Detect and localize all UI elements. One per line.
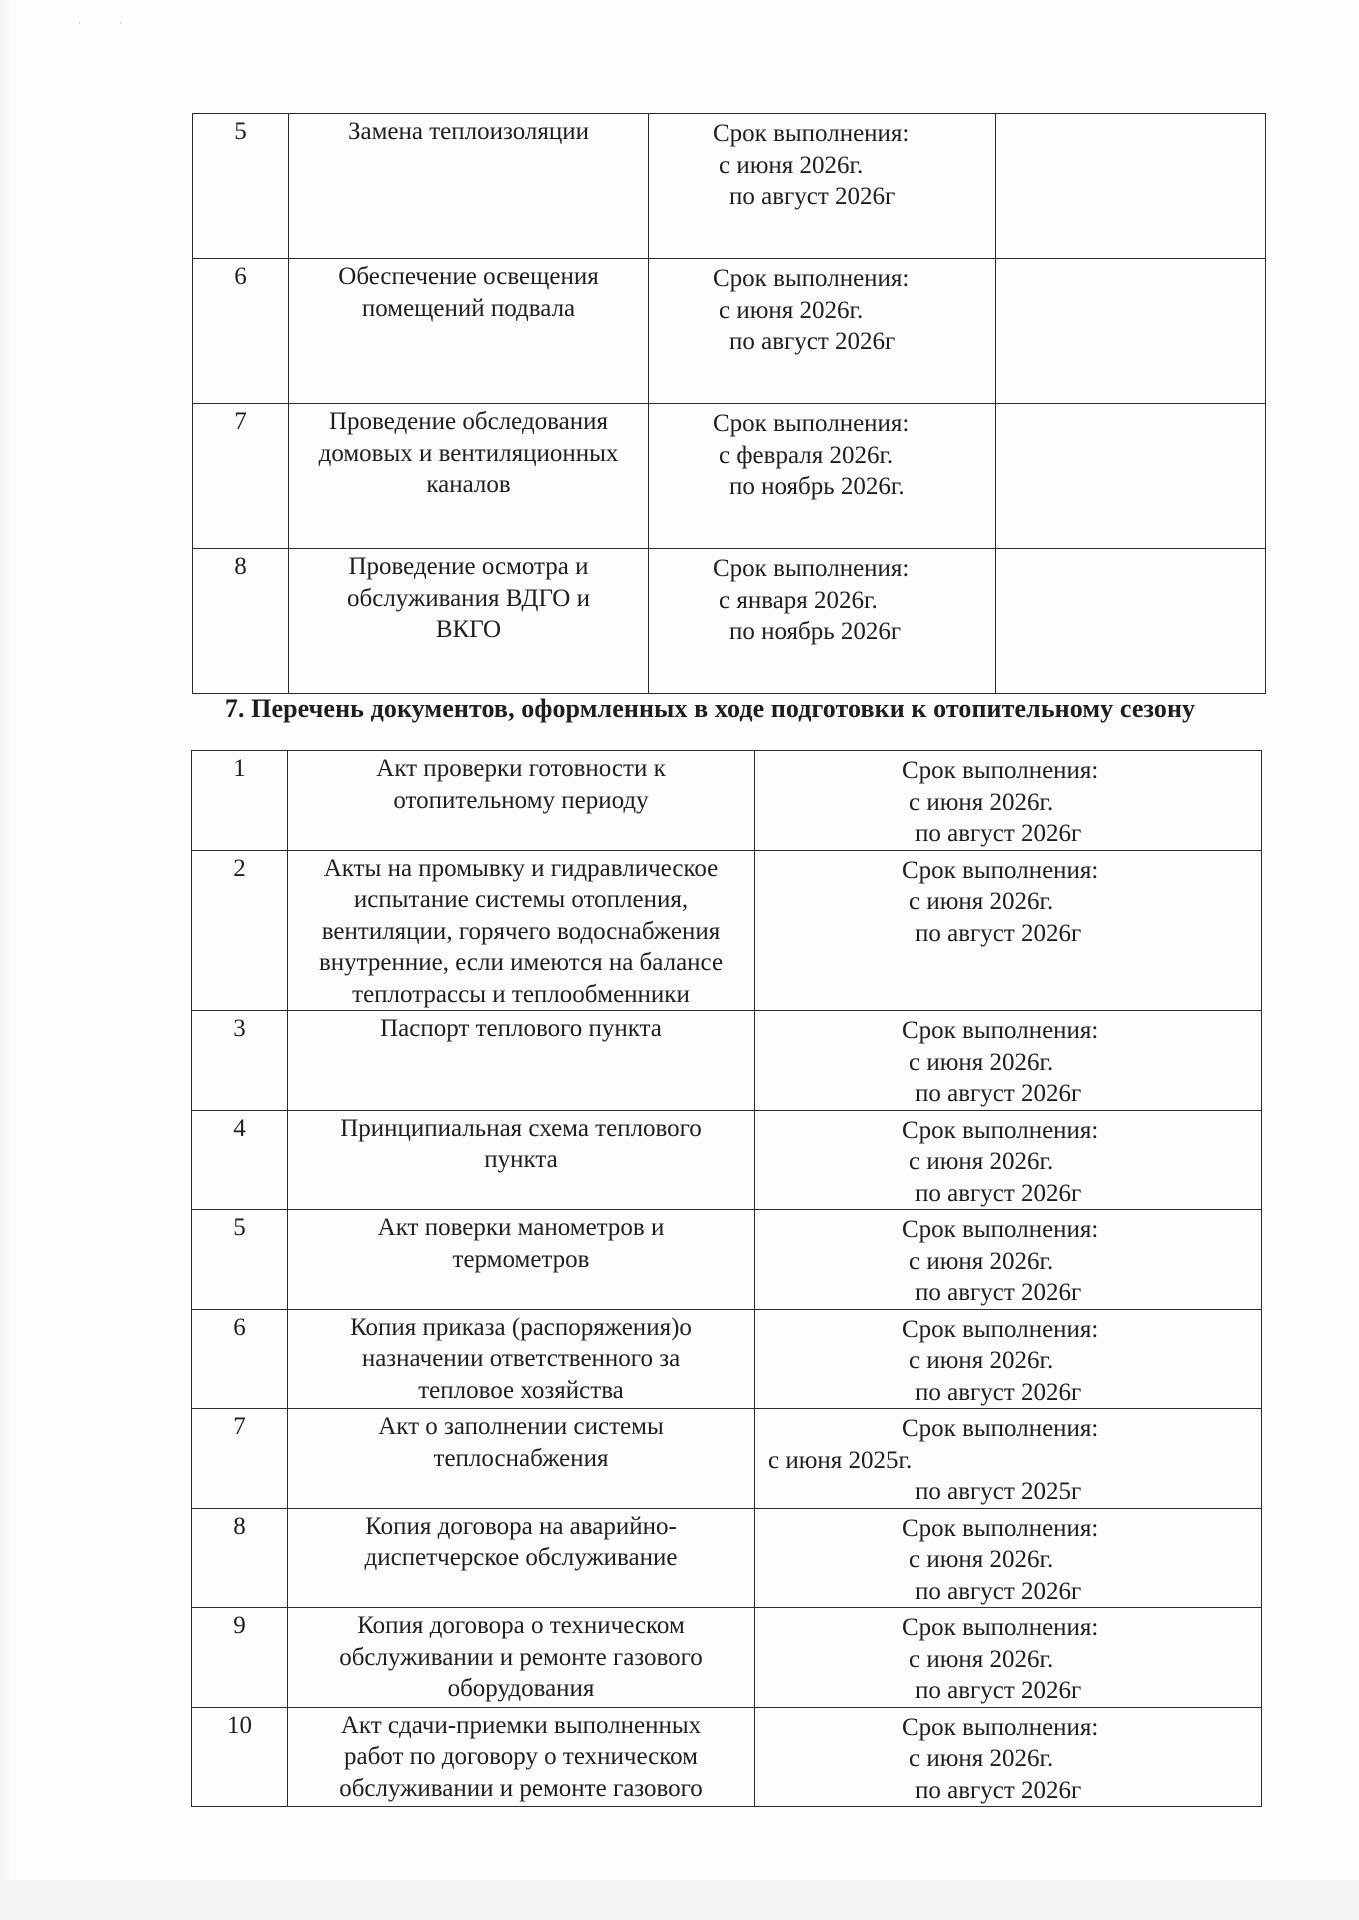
row-number: 6 <box>193 259 289 404</box>
deadline-line: Срок выполнения: <box>755 1513 1261 1545</box>
item-name: Копия приказа (распоряжения)оназначении … <box>288 1309 755 1409</box>
note-cell <box>996 404 1266 549</box>
deadline-line: по август 2026г <box>755 1377 1261 1409</box>
table-row: 6Копия приказа (распоряжения)оназначении… <box>192 1309 1262 1409</box>
deadline-line: с июня 2026г. <box>649 295 995 327</box>
item-name: Акт поверки манометров итермометров <box>288 1210 755 1310</box>
deadline: Срок выполнения:с июня 2026г.по август 2… <box>755 1210 1262 1310</box>
deadline: Срок выполнения:с июня 2026г.по август 2… <box>755 1608 1262 1708</box>
deadline-line: с июня 2026г. <box>755 1246 1261 1278</box>
item-name-line: Паспорт теплового пункта <box>288 1013 754 1045</box>
item-name: Проведение обследованиядомовых и вентиля… <box>289 404 649 549</box>
row-number: 10 <box>192 1707 288 1807</box>
table-row: 8Проведение осмотра иобслуживания ВДГО и… <box>193 549 1266 694</box>
deadline: Срок выполнения:с июня 2026г.по август 2… <box>755 1011 1262 1111</box>
deadline-line: по август 2026г <box>755 1775 1261 1807</box>
item-name-line: Проведение осмотра и <box>289 551 648 583</box>
note-cell <box>996 549 1266 694</box>
deadline-line: по ноябрь 2026г. <box>649 471 995 503</box>
item-name-line: тепловое хозяйства <box>288 1375 754 1407</box>
deadline: Срок выполнения:с июня 2026г.по август 2… <box>649 114 996 259</box>
deadline-line: с июня 2026г. <box>755 1644 1261 1676</box>
item-name-line: вентиляции, горячего водоснабжения <box>288 916 754 948</box>
section-heading: 7. Перечень документов, оформленных в хо… <box>150 694 1270 724</box>
note-cell <box>996 259 1266 404</box>
table-row: 4Принципиальная схема тепловогопунктаСро… <box>192 1110 1262 1210</box>
deadline-line: с июня 2026г. <box>649 150 995 182</box>
deadline-line: с июня 2026г. <box>755 886 1261 918</box>
item-name: Копия договора о техническомобслуживании… <box>288 1608 755 1708</box>
page-edge <box>0 0 12 1920</box>
item-name-line: Акт проверки готовности к <box>288 753 754 785</box>
table-row: 8Копия договора на аварийно-диспетчерско… <box>192 1508 1262 1608</box>
row-number: 2 <box>192 850 288 1011</box>
item-name: Акты на промывку и гидравлическоеиспытан… <box>288 850 755 1011</box>
deadline: Срок выполнения:с июня 2026г.по август 2… <box>755 1508 1262 1608</box>
deadline-line: с июня 2026г. <box>755 1047 1261 1079</box>
deadline-line: по август 2026г <box>649 181 995 213</box>
item-name-line: Копия договора о техническом <box>288 1610 754 1642</box>
item-name-line: Копия приказа (распоряжения)о <box>288 1312 754 1344</box>
table-row: 6Обеспечение освещенияпомещений подвалаС… <box>193 259 1266 404</box>
deadline-line: Срок выполнения: <box>755 1214 1261 1246</box>
deadline-line: по август 2026г <box>755 1576 1261 1608</box>
deadline-line: Срок выполнения: <box>755 1413 1261 1445</box>
item-name-line: теплотрассы и теплообменники <box>288 979 754 1011</box>
item-name-line: диспетчерское обслуживание <box>288 1542 754 1574</box>
deadline-line: с июня 2026г. <box>755 787 1261 819</box>
table-row: 3Паспорт теплового пунктаСрок выполнения… <box>192 1011 1262 1111</box>
row-number: 3 <box>192 1011 288 1111</box>
item-name-line: Проведение обследования <box>289 406 648 438</box>
row-number: 7 <box>193 404 289 549</box>
item-name-line: обслуживания ВДГО и <box>289 583 648 615</box>
table-row: 9Копия договора о техническомобслуживани… <box>192 1608 1262 1708</box>
item-name-line: работ по договору о техническом <box>288 1741 754 1773</box>
deadline: Срок выполнения:с июня 2026г.по август 2… <box>755 1707 1262 1807</box>
item-name: Замена теплоизоляции <box>289 114 649 259</box>
deadline-line: по август 2026г <box>755 1078 1261 1110</box>
item-name: Паспорт теплового пункта <box>288 1011 755 1111</box>
table-row: 1Акт проверки готовности котопительному … <box>192 751 1262 851</box>
item-name-line: Акт о заполнении системы <box>288 1411 754 1443</box>
item-name-line: Замена теплоизоляции <box>289 116 648 148</box>
table-row: 7Акт о заполнении системытеплоснабженияС… <box>192 1409 1262 1509</box>
item-name-line: помещений подвала <box>289 293 648 325</box>
item-name-line: обслуживании и ремонте газового <box>288 1773 754 1805</box>
deadline-line: Срок выполнения: <box>755 1612 1261 1644</box>
item-name-line: термометров <box>288 1244 754 1276</box>
deadline: Срок выполнения:с июня 2026г.по август 2… <box>755 751 1262 851</box>
item-name: Акт проверки готовности котопительному п… <box>288 751 755 851</box>
item-name-line: Обеспечение освещения <box>289 261 648 293</box>
note-cell <box>996 114 1266 259</box>
table-row: 2Акты на промывку и гидравлическоеиспыта… <box>192 850 1262 1011</box>
table-row: 7Проведение обследованиядомовых и вентил… <box>193 404 1266 549</box>
deadline-line: Срок выполнения: <box>755 1015 1261 1047</box>
row-number: 8 <box>193 549 289 694</box>
item-name-line: назначении ответственного за <box>288 1343 754 1375</box>
item-name-line: Копия договора на аварийно- <box>288 1511 754 1543</box>
row-number: 5 <box>193 114 289 259</box>
page-bottom-shade <box>0 1880 1359 1920</box>
deadline-line: по август 2026г <box>755 1675 1261 1707</box>
deadline-line: Срок выполнения: <box>649 408 995 440</box>
item-name-line: ВКГО <box>289 614 648 646</box>
deadline-line: по август 2026г <box>755 1277 1261 1309</box>
item-name: Обеспечение освещенияпомещений подвала <box>289 259 649 404</box>
deadline-line: Срок выполнения: <box>755 1314 1261 1346</box>
deadline-line: Срок выполнения: <box>755 1115 1261 1147</box>
deadline-line: по ноябрь 2026г <box>649 616 995 648</box>
item-name: Принципиальная схема тепловогопункта <box>288 1110 755 1210</box>
item-name: Акт сдачи-приемки выполненныхработ по до… <box>288 1707 755 1807</box>
deadline: Срок выполнения:с февраля 2026г.по ноябр… <box>649 404 996 549</box>
deadline-line: Срок выполнения: <box>649 553 995 585</box>
deadline-line: по август 2026г <box>755 818 1261 850</box>
item-name-line: Акт поверки манометров и <box>288 1212 754 1244</box>
table-row: 10Акт сдачи-приемки выполненныхработ по … <box>192 1707 1262 1807</box>
item-name-line: оборудования <box>288 1673 754 1705</box>
item-name-line: домовых и вентиляционных <box>289 438 648 470</box>
deadline-line: с июня 2025г. <box>755 1445 1261 1477</box>
row-number: 6 <box>192 1309 288 1409</box>
item-name-line: теплоснабжения <box>288 1443 754 1475</box>
deadline-line: Срок выполнения: <box>755 855 1261 887</box>
item-name-line: отопительному периоду <box>288 785 754 817</box>
item-name-line: пункта <box>288 1144 754 1176</box>
item-name-line: обслуживании и ремонте газового <box>288 1642 754 1674</box>
works-table: 5Замена теплоизоляцииСрок выполнения:с и… <box>192 113 1266 694</box>
deadline-line: с июня 2026г. <box>755 1345 1261 1377</box>
scan-artifacts: · · <box>78 18 140 28</box>
item-name-line: Принципиальная схема теплового <box>288 1113 754 1145</box>
deadline-line: с июня 2026г. <box>755 1146 1261 1178</box>
row-number: 8 <box>192 1508 288 1608</box>
deadline-line: с января 2026г. <box>649 585 995 617</box>
deadline-line: Срок выполнения: <box>755 1712 1261 1744</box>
item-name-line: Акт сдачи-приемки выполненных <box>288 1710 754 1742</box>
deadline-line: по август 2026г <box>755 1178 1261 1210</box>
deadline: Срок выполнения:с июня 2025г.по август 2… <box>755 1409 1262 1509</box>
row-number: 9 <box>192 1608 288 1708</box>
row-number: 1 <box>192 751 288 851</box>
item-name-line: внутренние, если имеются на балансе <box>288 947 754 979</box>
deadline-line: с июня 2026г. <box>755 1544 1261 1576</box>
deadline: Срок выполнения:с июня 2026г.по август 2… <box>649 259 996 404</box>
deadline-line: по август 2025г <box>755 1476 1261 1508</box>
item-name-line: каналов <box>289 469 648 501</box>
row-number: 4 <box>192 1110 288 1210</box>
deadline: Срок выполнения:с июня 2026г.по август 2… <box>755 1309 1262 1409</box>
deadline-line: Срок выполнения: <box>649 263 995 295</box>
item-name: Проведение осмотра иобслуживания ВДГО иВ… <box>289 549 649 694</box>
table-row: 5Замена теплоизоляцииСрок выполнения:с и… <box>193 114 1266 259</box>
documents-table: 1Акт проверки готовности котопительному … <box>191 750 1262 1807</box>
deadline: Срок выполнения:с июня 2026г.по август 2… <box>755 850 1262 1011</box>
deadline: Срок выполнения:с января 2026г.по ноябрь… <box>649 549 996 694</box>
row-number: 7 <box>192 1409 288 1509</box>
row-number: 5 <box>192 1210 288 1310</box>
deadline-line: по август 2026г <box>755 918 1261 950</box>
deadline-line: с июня 2026г. <box>755 1743 1261 1775</box>
table-row: 5Акт поверки манометров итермометровСрок… <box>192 1210 1262 1310</box>
deadline-line: Срок выполнения: <box>649 118 995 150</box>
deadline-line: по август 2026г <box>649 326 995 358</box>
deadline: Срок выполнения:с июня 2026г.по август 2… <box>755 1110 1262 1210</box>
deadline-line: Срок выполнения: <box>755 755 1261 787</box>
item-name: Акт о заполнении системытеплоснабжения <box>288 1409 755 1509</box>
deadline-line: с февраля 2026г. <box>649 440 995 472</box>
item-name-line: испытание системы отопления, <box>288 884 754 916</box>
item-name-line: Акты на промывку и гидравлическое <box>288 853 754 885</box>
item-name: Копия договора на аварийно-диспетчерское… <box>288 1508 755 1608</box>
